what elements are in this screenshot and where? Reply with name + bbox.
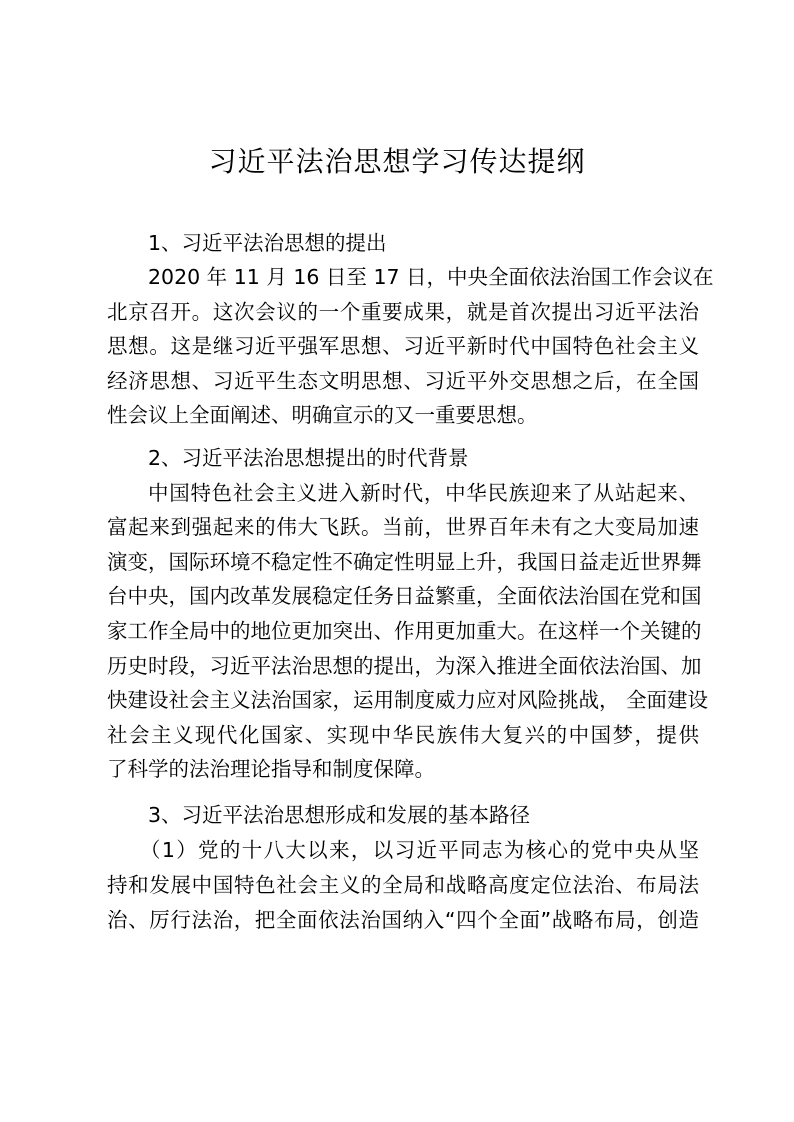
body-line: 快建设社会主义法治国家，运用制度威力应对风险挑战， 全面建设 — [107, 685, 699, 715]
paragraph-last-line: 了科学的法治理论指导和制度保障。 — [107, 754, 699, 784]
body-line: 北京召开。这次会议的一个重要成果，就是首次提出习近平法治 — [107, 297, 699, 327]
body-line: 持和发展中国特色社会主义的全局和战略高度定位法治、布局法 — [107, 870, 699, 900]
body-line: 思想。这是继习近平强军思想、习近平新时代中国特色社会主义 — [107, 331, 699, 361]
list-item-first-line: （1）党的十八大以来，以习近平同志为核心的党中央从坚 — [140, 835, 699, 865]
document-page: 习近平法治思想学习传达提纲 1、习近平法治思想的提出2020 年 11 月 16… — [0, 0, 794, 1122]
body-line: 演变，国际环境不稳定性不确定性明显上升，我国日益走近世界舞 — [107, 547, 699, 577]
paragraph-first-line: 2020 年 11 月 16 日至 17 日，中央全面依法治国工作会议在 — [148, 262, 699, 292]
body-line: 社会主义现代化国家、实现中华民族伟大复兴的中国梦，提供 — [107, 720, 699, 750]
body-line: 台中央，国内改革发展稳定任务日益繁重，全面依法治国在党和国 — [107, 581, 699, 611]
body-line: 治、厉行法治，把全面依法治国纳入“四个全面”战略布局，创造 — [107, 905, 699, 935]
body-line: 富起来到强起来的伟大飞跃。当前，世界百年未有之大变局加速 — [107, 512, 699, 542]
document-title: 习近平法治思想学习传达提纲 — [0, 140, 794, 180]
body-line: 家工作全局中的地位更加突出、作用更加重大。在这样一个关键的 — [107, 616, 699, 646]
section-heading: 3、习近平法治思想形成和发展的基本路径 — [148, 800, 699, 830]
body-line: 历史时段，习近平法治思想的提出，为深入推进全面依法治国、加 — [107, 651, 699, 681]
paragraph-last-line: 性会议上全面阐述、明确宣示的又一重要思想。 — [107, 400, 699, 430]
body-line: 经济思想、习近平生态文明思想、习近平外交思想之后，在全国 — [107, 366, 699, 396]
section-heading: 1、习近平法治思想的提出 — [148, 228, 699, 258]
paragraph-first-line: 中国特色社会主义进入新时代，中华民族迎来了从站起来、 — [148, 478, 699, 508]
section-heading: 2、习近平法治思想提出的时代背景 — [148, 443, 699, 473]
